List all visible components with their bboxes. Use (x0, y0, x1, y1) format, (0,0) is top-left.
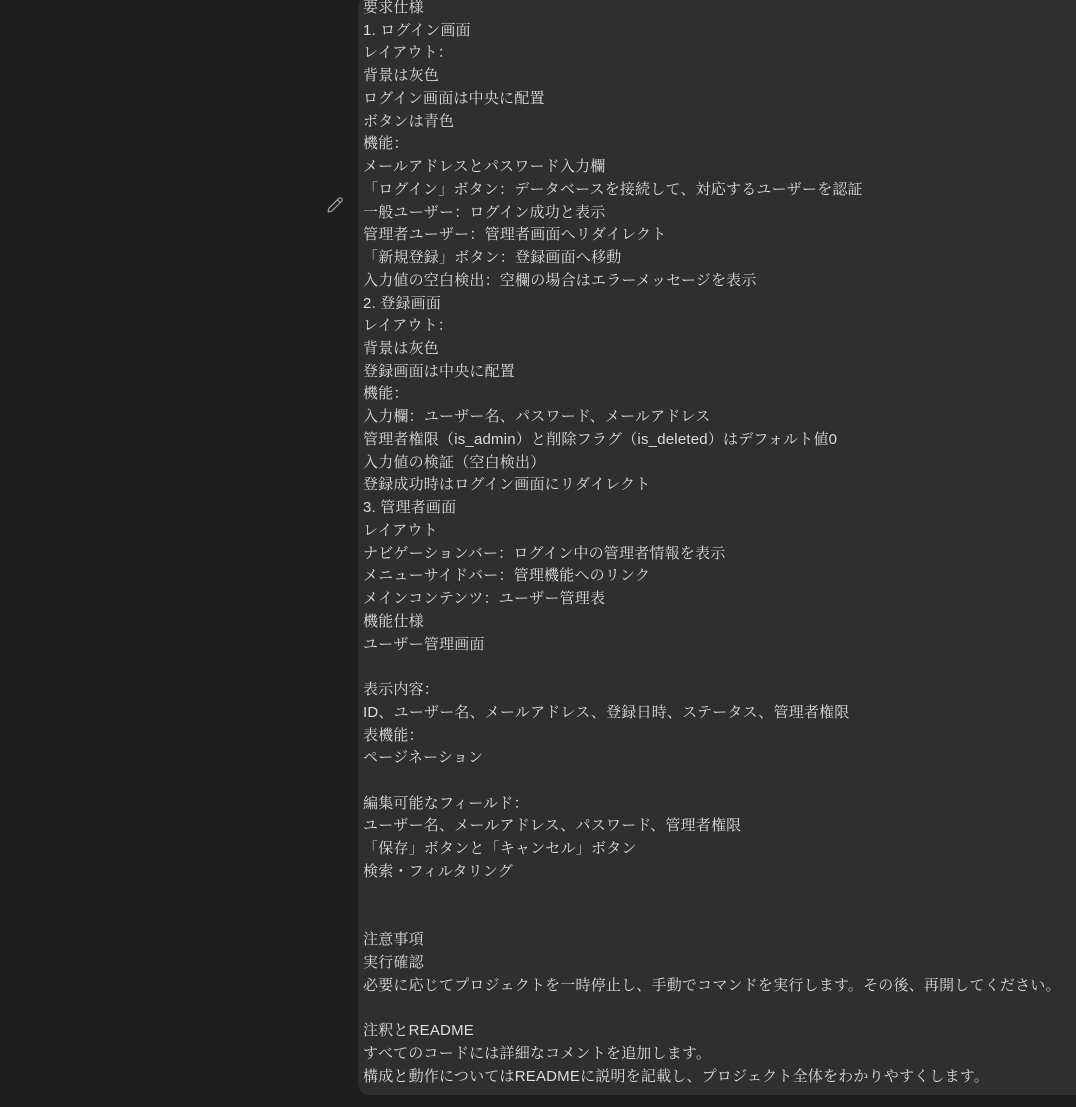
message-line: ボタンは青色 (363, 111, 1076, 134)
message-line (363, 770, 1076, 793)
message-line: ユーザー名、メールアドレス、パスワード、管理者権限 (363, 815, 1076, 838)
chat-canvas: 要求仕様1. ログイン画面レイアウト：背景は灰色ログイン画面は中央に配置ボタンは… (0, 0, 1076, 1107)
message-line: ナビゲーションバー：ログイン中の管理者情報を表示 (363, 543, 1076, 566)
pencil-icon (326, 196, 344, 214)
message-line: 背景は灰色 (363, 338, 1076, 361)
message-line: 機能： (363, 133, 1076, 156)
message-line: 背景は灰色 (363, 65, 1076, 88)
message-line: 「ログイン」ボタン：データベースを接続して、対応するユーザーを認証 (363, 179, 1076, 202)
message-line: 必要に応じてプロジェクトを一時停止し、手動でコマンドを実行します。その後、再開し… (363, 975, 1076, 998)
user-message-bubble: 要求仕様1. ログイン画面レイアウト：背景は灰色ログイン画面は中央に配置ボタンは… (358, 0, 1076, 1095)
message-line: メニューサイドバー：管理機能へのリンク (363, 565, 1076, 588)
message-line: レイアウト： (363, 315, 1076, 338)
message-line: レイアウト： (363, 42, 1076, 65)
message-line: 1. ログイン画面 (363, 20, 1076, 43)
message-line: 管理者権限（is_admin）と削除フラグ（is_deleted）はデフォルト値… (363, 429, 1076, 452)
message-line: 注釈とREADME (363, 1020, 1076, 1043)
message-line: 入力値の空白検出：空欄の場合はエラーメッセージを表示 (363, 270, 1076, 293)
message-line: 2. 登録画面 (363, 293, 1076, 316)
message-line: ページネーション (363, 747, 1076, 770)
message-line: 編集可能なフィールド： (363, 793, 1076, 816)
message-line: 表示内容： (363, 679, 1076, 702)
message-line: 一般ユーザー：ログイン成功と表示 (363, 202, 1076, 225)
message-line: レイアウト (363, 520, 1076, 543)
message-line: 入力欄：ユーザー名、パスワード、メールアドレス (363, 406, 1076, 429)
message-line (363, 884, 1076, 907)
message-line: 3. 管理者画面 (363, 497, 1076, 520)
message-line: 「新規登録」ボタン：登録画面へ移動 (363, 247, 1076, 270)
message-line: ユーザー管理画面 (363, 634, 1076, 657)
message-line (363, 906, 1076, 929)
message-line: 構成と動作についてはREADMEに説明を記載し、プロジェクト全体をわかりやすくし… (363, 1066, 1076, 1089)
message-line: 登録画面は中央に配置 (363, 361, 1076, 384)
message-line: 表機能： (363, 725, 1076, 748)
message-line: 検索・フィルタリング (363, 861, 1076, 884)
message-line: 登録成功時はログイン画面にリダイレクト (363, 474, 1076, 497)
message-line: 管理者ユーザー：管理者画面へリダイレクト (363, 224, 1076, 247)
edit-message-button[interactable] (322, 192, 348, 218)
message-line: 要求仕様 (363, 0, 1076, 20)
message-line (363, 656, 1076, 679)
message-line (363, 997, 1076, 1020)
message-line: ログイン画面は中央に配置 (363, 88, 1076, 111)
message-line: 「保存」ボタンと「キャンセル」ボタン (363, 838, 1076, 861)
message-line: すべてのコードには詳細なコメントを追加します。 (363, 1043, 1076, 1066)
message-line: メインコンテンツ：ユーザー管理表 (363, 588, 1076, 611)
message-line: メールアドレスとパスワード入力欄 (363, 156, 1076, 179)
message-line: 機能仕様 (363, 611, 1076, 634)
message-line: 注意事項 (363, 929, 1076, 952)
message-line: 入力値の検証（空白検出） (363, 452, 1076, 475)
message-line: 機能： (363, 383, 1076, 406)
message-line: ID、ユーザー名、メールアドレス、登録日時、ステータス、管理者権限 (363, 702, 1076, 725)
message-line: 実行確認 (363, 952, 1076, 975)
message-text: 要求仕様1. ログイン画面レイアウト：背景は灰色ログイン画面は中央に配置ボタンは… (363, 0, 1076, 1088)
